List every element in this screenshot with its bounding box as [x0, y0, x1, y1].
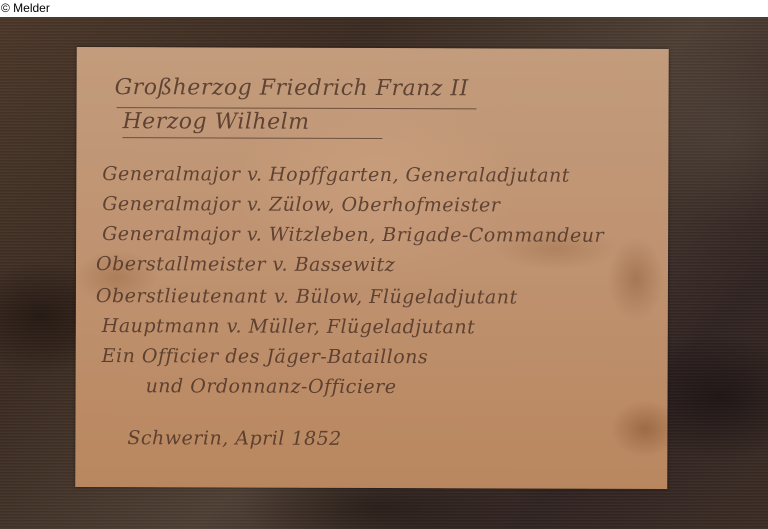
body-line-8: und Ordonnanz-Officiere: [146, 375, 397, 398]
body-line-6: Hauptmann v. Müller, Flügeladjutant: [102, 315, 476, 338]
body-line-1: Generalmajor v. Hopffgarten, Generaladju…: [102, 163, 570, 187]
body-line-7: Ein Officier des Jäger-Bataillons: [102, 345, 429, 368]
handwritten-note: Großherzog Friedrich Franz II Herzog Wil…: [75, 47, 669, 489]
document-photo: Großherzog Friedrich Franz II Herzog Wil…: [0, 17, 768, 529]
body-line-5: Oberstlieutenant v. Bülow, Flügeladjutan…: [96, 285, 518, 308]
copyright-caption: © Melder: [1, 1, 50, 15]
signature-line: Schwerin, April 1852: [127, 427, 341, 450]
body-line-3: Generalmajor v. Witzleben, Brigade-Comma…: [102, 223, 604, 247]
body-line-4: Oberstallmeister v. Bassewitz: [96, 253, 395, 276]
caption-bar: © Melder: [0, 0, 768, 17]
body-line-2: Generalmajor v. Zülow, Oberhofmeister: [102, 193, 500, 216]
heading-line-2: Herzog Wilhelm: [122, 109, 309, 135]
heading-line-1: Großherzog Friedrich Franz II: [115, 75, 469, 101]
heading-underline-2: [122, 137, 382, 139]
